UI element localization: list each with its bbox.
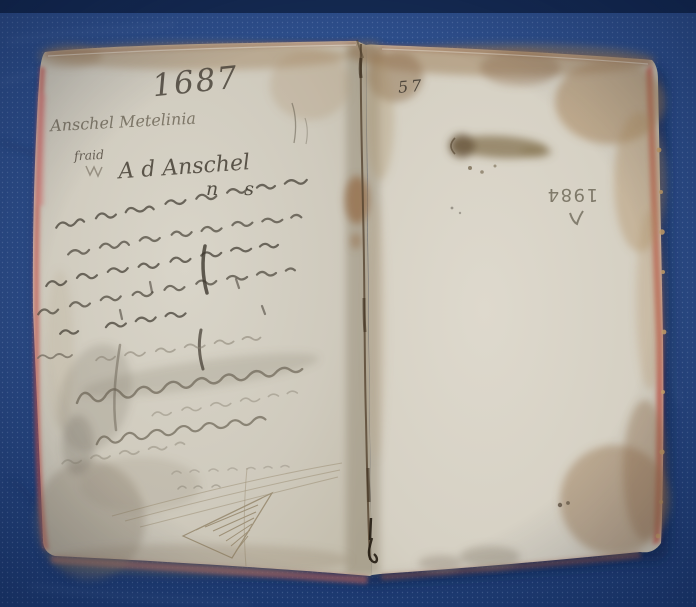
book-photo-canvas: 1687 Anschel Metelinia fraid A d Anschel… <box>0 0 696 607</box>
photo-of-open-book: 1687 Anschel Metelinia fraid A d Anschel… <box>0 0 696 607</box>
photo-vignette <box>0 0 696 607</box>
